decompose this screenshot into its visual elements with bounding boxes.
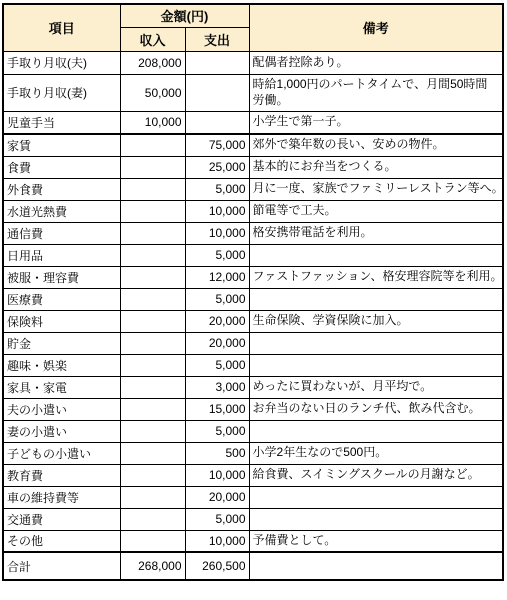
table-row: 教育費 10,000 給食費、スイミングスクールの月謝など。: [3, 464, 503, 486]
income-cell: [120, 464, 185, 486]
total-label-cell: 合計: [3, 552, 120, 580]
item-cell: 手取り月収(夫): [3, 51, 120, 74]
remark-cell: 小学2年生なので500円。: [249, 442, 503, 464]
expense-cell: 20,000: [185, 332, 249, 354]
table-row: その他 10,000 予備費として。: [3, 530, 503, 552]
expense-cell: 5,000: [185, 508, 249, 530]
item-cell: 家賃: [3, 134, 120, 156]
remark-cell: [249, 288, 503, 310]
household-budget-table: 項目 金額(円) 備考 収入 支出 手取り月収(夫) 208,000 配偶者控除…: [2, 3, 504, 581]
table-row: 児童手当 10,000 小学生で第一子。: [3, 111, 503, 134]
item-cell: 水道光熱費: [3, 200, 120, 222]
income-cell: [120, 200, 185, 222]
remark-cell: [249, 332, 503, 354]
income-cell: [120, 310, 185, 332]
income-cell: [120, 332, 185, 354]
item-cell: 貯金: [3, 332, 120, 354]
remark-cell: 時給1,000円のパートタイムで、月間50時間労働。: [249, 74, 503, 111]
income-cell: [120, 398, 185, 420]
income-cell: [120, 134, 185, 156]
remark-cell: 郊外で築年数の長い、安めの物件。: [249, 134, 503, 156]
income-cell: [120, 354, 185, 376]
item-cell: 日用品: [3, 244, 120, 266]
remark-cell: 格安携帯電話を利用。: [249, 222, 503, 244]
remark-cell: 節電等で工夫。: [249, 200, 503, 222]
table-row: 外食費 5,000 月に一度、家族でファミリーレストラン等へ。: [3, 178, 503, 200]
table-row: 夫の小遣い 15,000 お弁当のない日のランチ代、飲み代含む。: [3, 398, 503, 420]
expense-cell: 20,000: [185, 310, 249, 332]
col-header-amount-group: 金額(円): [120, 4, 249, 27]
expense-cell: 20,000: [185, 486, 249, 508]
budget-sheet: 項目 金額(円) 備考 収入 支出 手取り月収(夫) 208,000 配偶者控除…: [0, 0, 507, 600]
expense-cell: [185, 51, 249, 74]
expense-cell: 5,000: [185, 354, 249, 376]
item-cell: 被服・理容費: [3, 266, 120, 288]
expense-cell: [185, 74, 249, 111]
remark-cell: 基本的にお弁当をつくる。: [249, 156, 503, 178]
remark-cell: 配偶者控除あり。: [249, 51, 503, 74]
remark-cell: [249, 486, 503, 508]
table-row: 子どもの小遣い 500 小学2年生なので500円。: [3, 442, 503, 464]
total-income-cell: 268,000: [120, 552, 185, 580]
income-cell: [120, 156, 185, 178]
table-row: 交通費 5,000: [3, 508, 503, 530]
item-cell: 子どもの小遣い: [3, 442, 120, 464]
income-cell: [120, 376, 185, 398]
item-cell: 家具・家電: [3, 376, 120, 398]
expense-cell: 10,000: [185, 200, 249, 222]
remark-cell: [249, 420, 503, 442]
remark-cell: 生命保険、学資保険に加入。: [249, 310, 503, 332]
total-row: 合計 268,000 260,500: [3, 552, 503, 580]
expense-cell: 500: [185, 442, 249, 464]
table-row: 水道光熱費 10,000 節電等で工夫。: [3, 200, 503, 222]
expense-cell: 10,000: [185, 530, 249, 552]
col-header-income: 収入: [120, 27, 185, 51]
table-row: 医療費 5,000: [3, 288, 503, 310]
total-expense-cell: 260,500: [185, 552, 249, 580]
table-row: 趣味・娯楽 5,000: [3, 354, 503, 376]
income-cell: 50,000: [120, 74, 185, 111]
table-header: 項目 金額(円) 備考 収入 支出: [3, 4, 503, 51]
remark-cell: 月に一度、家族でファミリーレストラン等へ。: [249, 178, 503, 200]
expense-cell: 15,000: [185, 398, 249, 420]
item-cell: 外食費: [3, 178, 120, 200]
table-body: 手取り月収(夫) 208,000 配偶者控除あり。 手取り月収(妻) 50,00…: [3, 51, 503, 580]
expense-cell: 25,000: [185, 156, 249, 178]
income-cell: [120, 222, 185, 244]
table-row: 通信費 10,000 格安携帯電話を利用。: [3, 222, 503, 244]
remark-cell: 小学生で第一子。: [249, 111, 503, 134]
income-cell: [120, 442, 185, 464]
remark-cell: [249, 354, 503, 376]
remark-cell: めったに買わないが、月平均で。: [249, 376, 503, 398]
expense-cell: 75,000: [185, 134, 249, 156]
remark-cell: お弁当のない日のランチ代、飲み代含む。: [249, 398, 503, 420]
income-cell: [120, 508, 185, 530]
income-cell: [120, 266, 185, 288]
remark-cell: 給食費、スイミングスクールの月謝など。: [249, 464, 503, 486]
expense-cell: 5,000: [185, 244, 249, 266]
item-cell: 趣味・娯楽: [3, 354, 120, 376]
remark-cell: ファストファッション、格安理容院等を利用。: [249, 266, 503, 288]
item-cell: 保険料: [3, 310, 120, 332]
item-cell: 手取り月収(妻): [3, 74, 120, 111]
expense-cell: 3,000: [185, 376, 249, 398]
expense-cell: 5,000: [185, 420, 249, 442]
income-cell: [120, 178, 185, 200]
income-cell: 208,000: [120, 51, 185, 74]
income-cell: [120, 486, 185, 508]
remark-cell: [249, 244, 503, 266]
remark-cell: [249, 508, 503, 530]
total-remark-cell: [249, 552, 503, 580]
table-row: 貯金 20,000: [3, 332, 503, 354]
table-row: 家具・家電 3,000 めったに買わないが、月平均で。: [3, 376, 503, 398]
item-cell: 車の維持費等: [3, 486, 120, 508]
col-header-item: 項目: [3, 4, 120, 51]
header-row-1: 項目 金額(円) 備考: [3, 4, 503, 27]
table-row: 手取り月収(夫) 208,000 配偶者控除あり。: [3, 51, 503, 74]
income-cell: [120, 420, 185, 442]
income-cell: 10,000: [120, 111, 185, 134]
expense-cell: 5,000: [185, 178, 249, 200]
item-cell: 教育費: [3, 464, 120, 486]
expense-cell: 10,000: [185, 464, 249, 486]
table-row: 手取り月収(妻) 50,000 時給1,000円のパートタイムで、月間50時間労…: [3, 74, 503, 111]
expense-cell: [185, 111, 249, 134]
table-row: 妻の小遣い 5,000: [3, 420, 503, 442]
item-cell: 夫の小遣い: [3, 398, 120, 420]
table-row: 保険料 20,000 生命保険、学資保険に加入。: [3, 310, 503, 332]
item-cell: 交通費: [3, 508, 120, 530]
item-cell: その他: [3, 530, 120, 552]
expense-cell: 5,000: [185, 288, 249, 310]
item-cell: 妻の小遣い: [3, 420, 120, 442]
col-header-expense: 支出: [185, 27, 249, 51]
remark-cell: 予備費として。: [249, 530, 503, 552]
item-cell: 食費: [3, 156, 120, 178]
income-cell: [120, 244, 185, 266]
expense-cell: 10,000: [185, 222, 249, 244]
table-row: 被服・理容費 12,000 ファストファッション、格安理容院等を利用。: [3, 266, 503, 288]
table-row: 家賃 75,000 郊外で築年数の長い、安めの物件。: [3, 134, 503, 156]
expense-cell: 12,000: [185, 266, 249, 288]
income-cell: [120, 288, 185, 310]
table-row: 車の維持費等 20,000: [3, 486, 503, 508]
item-cell: 通信費: [3, 222, 120, 244]
item-cell: 児童手当: [3, 111, 120, 134]
income-cell: [120, 530, 185, 552]
table-row: 日用品 5,000: [3, 244, 503, 266]
table-row: 食費 25,000 基本的にお弁当をつくる。: [3, 156, 503, 178]
col-header-remarks: 備考: [249, 4, 503, 51]
item-cell: 医療費: [3, 288, 120, 310]
